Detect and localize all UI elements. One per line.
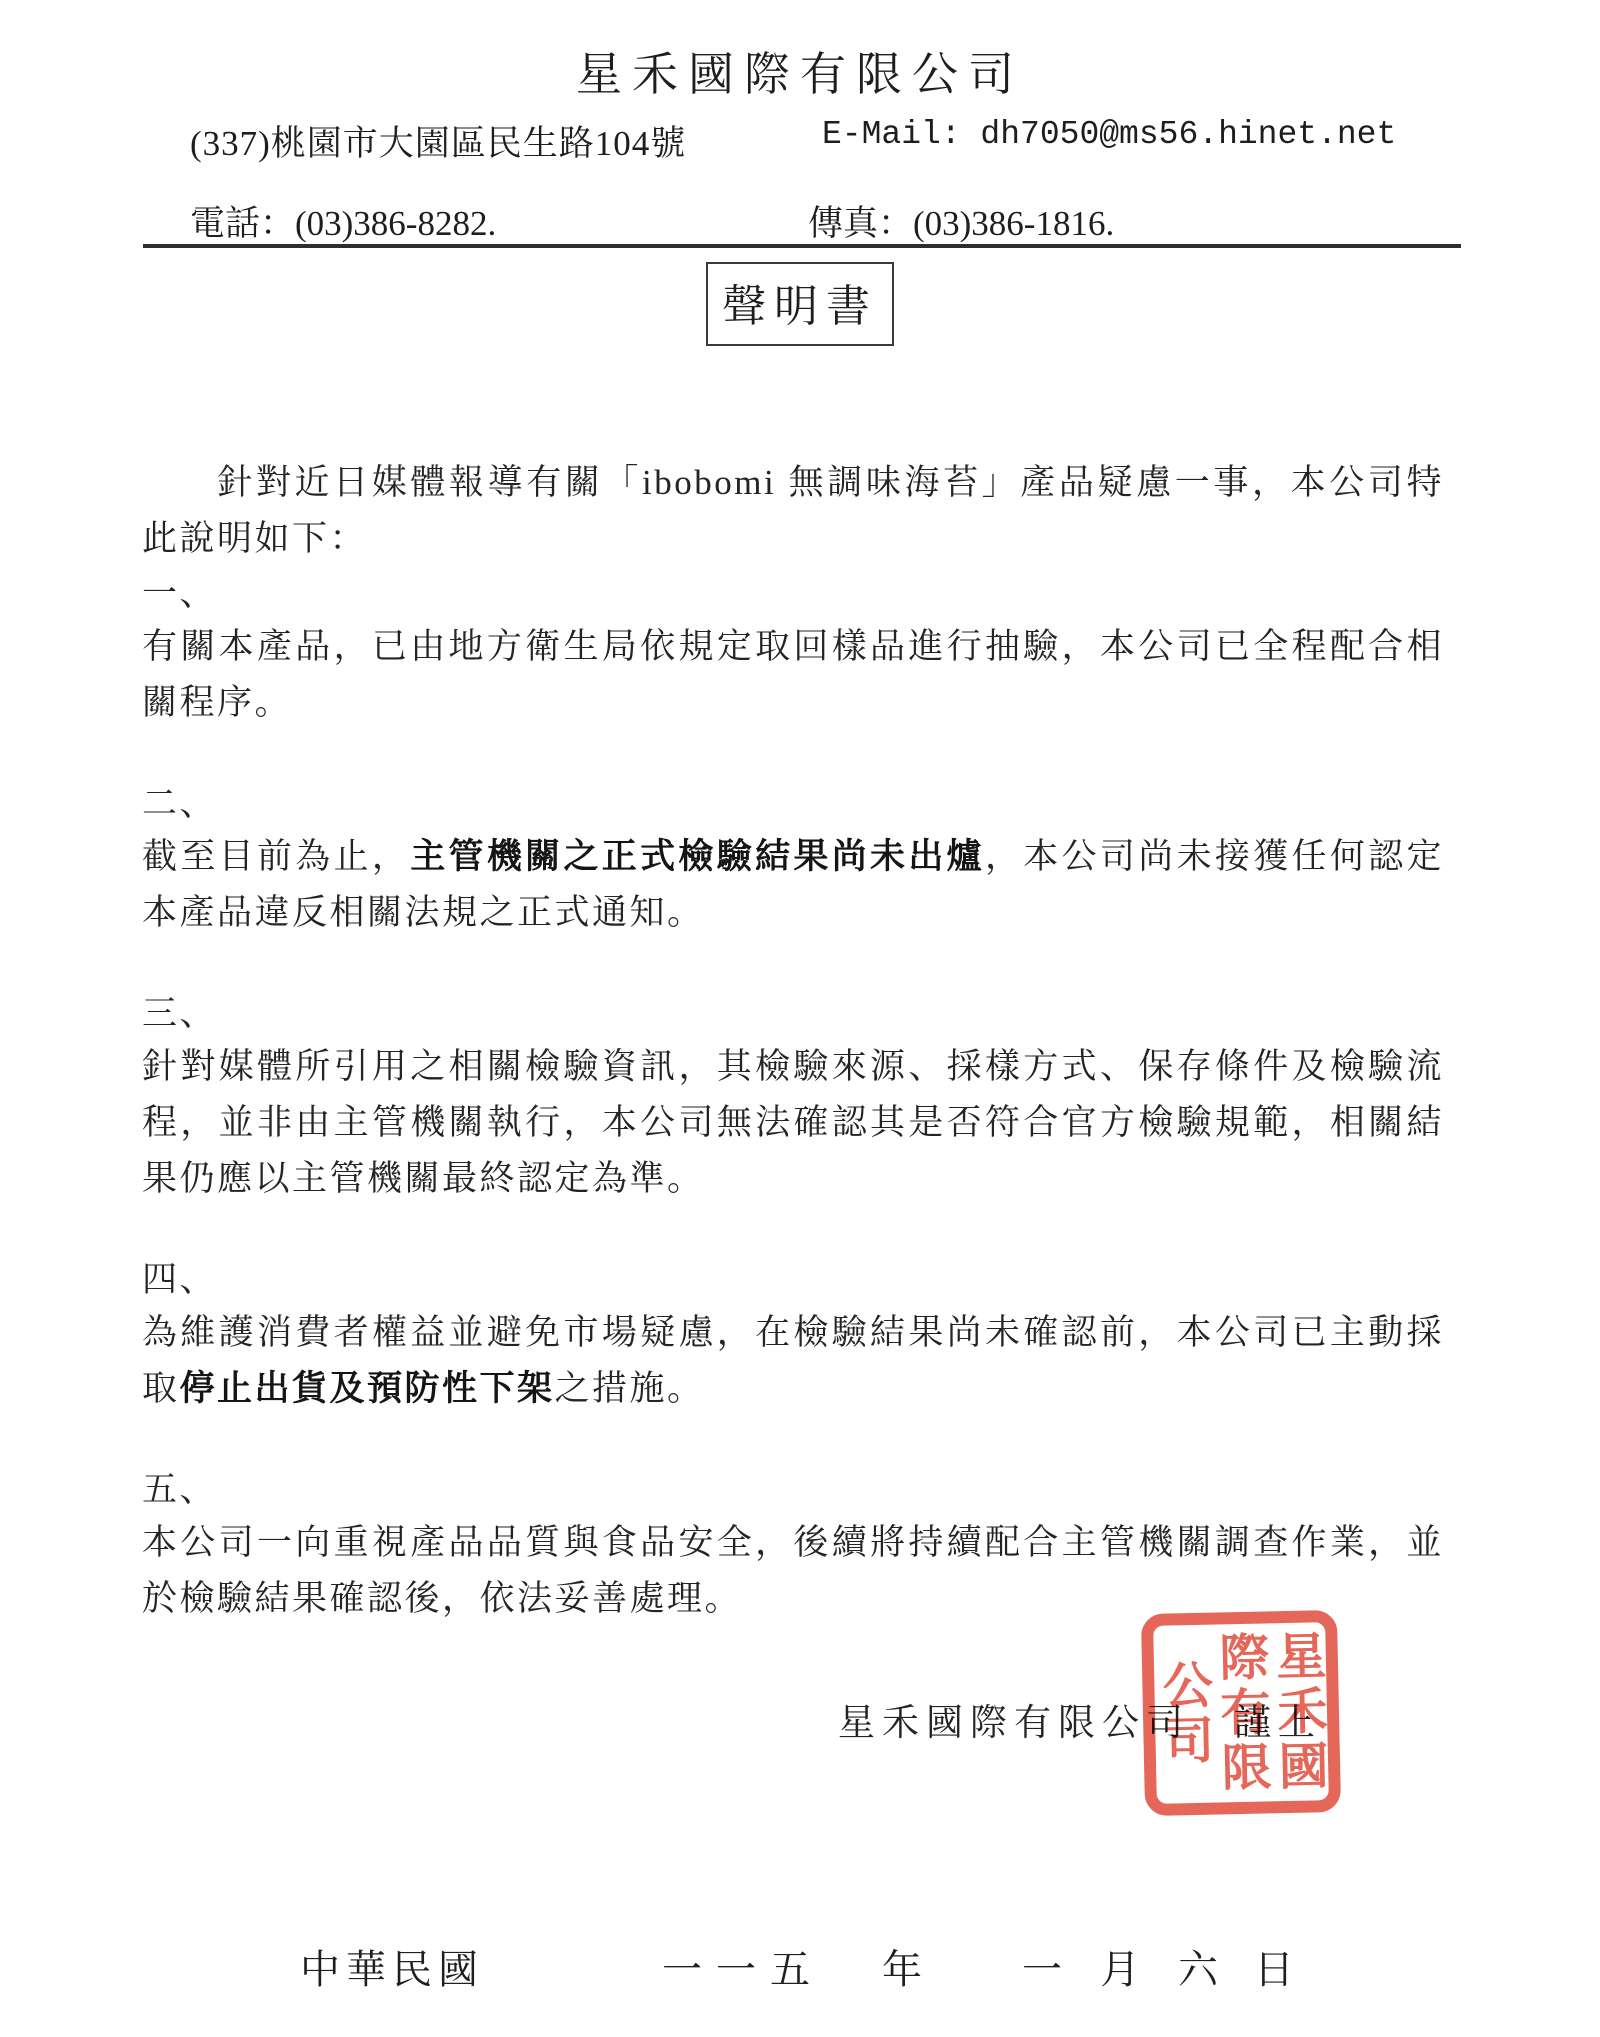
- section-number: 三、: [142, 989, 1444, 1039]
- section-text-bold: 主管機關之正式檢驗結果尚未出爐: [410, 837, 985, 876]
- date-day: 六: [1178, 1938, 1218, 1995]
- company-phone: 電話：(03)386-8282.: [190, 196, 496, 246]
- statement-section-3: 三、 針對媒體所引用之相關檢驗資訊，其檢驗來源、採樣方式、保存條件及檢驗流程，並…: [142, 989, 1444, 1207]
- section-text: 截至目前為止，主管機關之正式檢驗結果尚未出爐，本公司尚未接獲任何認定本產品違反相…: [142, 829, 1444, 941]
- statement-section-4: 四、 為維護消費者權益並避免市場疑慮，在檢驗結果尚未確認前，本公司已主動採取停止…: [142, 1255, 1444, 1417]
- company-name-heading: 星禾國際有限公司: [0, 38, 1600, 104]
- section-text-pre: 本公司一向重視產品品質與食品安全，後續將持續配合主管機關調查作業，並於檢驗結果確…: [142, 1523, 1444, 1618]
- section-text: 為維護消費者權益並避免市場疑慮，在檢驗結果尚未確認前，本公司已主動採取停止出貨及…: [142, 1305, 1444, 1417]
- section-number: 一、: [142, 569, 1444, 619]
- section-text-pre: 針對媒體所引用之相關檢驗資訊，其檢驗來源、採樣方式、保存條件及檢驗流程，並非由主…: [142, 1047, 1444, 1198]
- section-text: 針對媒體所引用之相關檢驗資訊，其檢驗來源、採樣方式、保存條件及檢驗流程，並非由主…: [142, 1039, 1444, 1207]
- company-address: (337)桃園市大園區民生路104號: [190, 116, 686, 166]
- company-fax: 傳真：(03)386-1816.: [808, 196, 1114, 246]
- date-era: 中華民國: [300, 1938, 484, 1995]
- header-divider: [143, 244, 1461, 248]
- date-month-unit: 月: [1100, 1938, 1140, 1995]
- company-email: E-Mail: dh7050@ms56.hinet.net: [822, 116, 1396, 153]
- section-text-pre: 截至目前為止，: [142, 837, 410, 876]
- statement-section-5: 五、 本公司一向重視產品品質與食品安全，後續將持續配合主管機關調查作業，並於檢驗…: [142, 1465, 1444, 1627]
- signature-row: 星禾國際有限公司 謹上 星禾國際有限公司: [0, 1678, 1600, 1918]
- section-text-post: 之措施。: [555, 1369, 705, 1408]
- statement-body: 針對近日媒體報導有關「ibobomi 無調味海苔」產品疑慮一事，本公司特此說明如…: [142, 455, 1444, 1675]
- section-number: 二、: [142, 779, 1444, 829]
- date-year-unit: 年: [882, 1938, 922, 1995]
- statement-section-1: 一、 有關本產品，已由地方衛生局依規定取回樣品進行抽驗，本公司已全程配合相關程序…: [142, 569, 1444, 731]
- document-title: 聲明書: [706, 262, 894, 346]
- section-number: 四、: [142, 1255, 1444, 1305]
- intro-paragraph: 針對近日媒體報導有關「ibobomi 無調味海苔」產品疑慮一事，本公司特此說明如…: [142, 455, 1444, 567]
- seal-glyphs: 星禾國際有限公司: [1154, 1627, 1328, 1799]
- statement-section-2: 二、 截至目前為止，主管機關之正式檢驗結果尚未出爐，本公司尚未接獲任何認定本產品…: [142, 779, 1444, 941]
- section-text-bold: 停止出貨及預防性下架: [180, 1369, 555, 1408]
- date-year: 一一五: [662, 1938, 824, 1995]
- section-text: 有關本產品，已由地方衛生局依規定取回樣品進行抽驗，本公司已全程配合相關程序。: [142, 619, 1444, 731]
- section-text-pre: 有關本產品，已由地方衛生局依規定取回樣品進行抽驗，本公司已全程配合相關程序。: [142, 627, 1444, 722]
- statement-document-page: 星禾國際有限公司 (337)桃園市大園區民生路104號 E-Mail: dh70…: [0, 0, 1600, 2037]
- company-seal-stamp-icon: 星禾國際有限公司: [1141, 1610, 1341, 1816]
- date-day-unit: 日: [1254, 1938, 1294, 1995]
- date-month: 一: [1022, 1938, 1062, 1995]
- date-line: 中華民國 一一五 年 一 月 六 日: [0, 1938, 1600, 1998]
- section-number: 五、: [142, 1465, 1444, 1515]
- section-text: 本公司一向重視產品品質與食品安全，後續將持續配合主管機關調查作業，並於檢驗結果確…: [142, 1515, 1444, 1627]
